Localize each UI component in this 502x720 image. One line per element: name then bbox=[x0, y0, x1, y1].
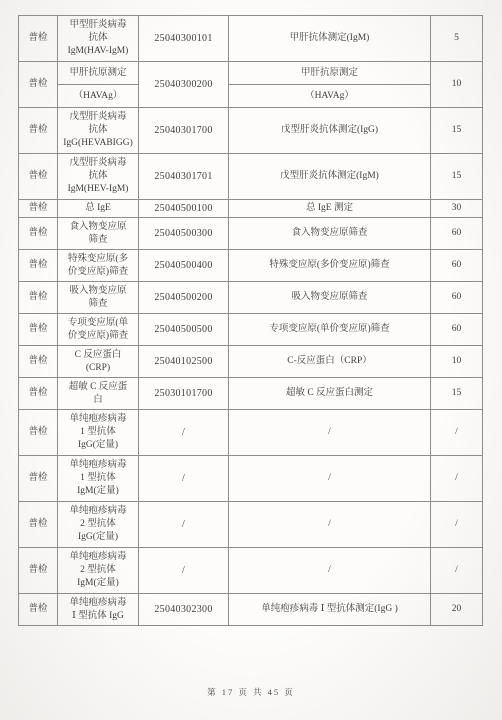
cell-test-name: （HAVAg） bbox=[58, 85, 139, 108]
document-page: 普检 甲型肝炎病毒 抗体 IgM(HAV-IgM) 25040300101 甲肝… bbox=[0, 0, 502, 720]
table-row: 普检 戊型肝炎病毒 抗体 IgG(HEVABIGG) 25040301700 戊… bbox=[19, 108, 483, 154]
cell-description: 单纯疱疹病毒 Ⅰ 型抗体测定(IgG ) bbox=[229, 594, 431, 626]
table-row: 普检 单纯疱疹病毒 2 型抗体 IgG(定量) / / / bbox=[19, 502, 483, 548]
cell-code: 25040301700 bbox=[139, 108, 229, 154]
cell-code: 25030101700 bbox=[139, 378, 229, 410]
cell-test-name: 单纯疱疹病毒 1 型抗体 IgM(定量) bbox=[58, 456, 139, 502]
cell-price: 10 bbox=[431, 62, 483, 108]
cell-description: C-反应蛋白（CRP） bbox=[229, 346, 431, 378]
cell-category: 普检 bbox=[19, 250, 58, 282]
cell-code: 25040500100 bbox=[139, 200, 229, 218]
cell-price: 15 bbox=[431, 378, 483, 410]
cell-code: / bbox=[139, 548, 229, 594]
table-row: 普检 食入物变应原 筛查 25040500300 食入物变应原筛查 60 bbox=[19, 218, 483, 250]
cell-code: 25040500200 bbox=[139, 282, 229, 314]
table-row: 普检 甲型肝炎病毒 抗体 IgM(HAV-IgM) 25040300101 甲肝… bbox=[19, 16, 483, 62]
cell-description: （HAVAg） bbox=[229, 85, 431, 108]
cell-price: 30 bbox=[431, 200, 483, 218]
cell-test-name: 单纯疱疹病毒 2 型抗体 IgG(定量) bbox=[58, 502, 139, 548]
cell-code: 25040302300 bbox=[139, 594, 229, 626]
table-row: 普检 单纯疱疹病毒 2 型抗体 IgM(定量) / / / bbox=[19, 548, 483, 594]
cell-code: 25040500400 bbox=[139, 250, 229, 282]
cell-price: 15 bbox=[431, 108, 483, 154]
cell-description: 食入物变应原筛查 bbox=[229, 218, 431, 250]
cell-test-name: 甲肝抗原测定 bbox=[58, 62, 139, 85]
page-number: 第 17 页 共 45 页 bbox=[0, 686, 502, 698]
cell-category: 普检 bbox=[19, 410, 58, 456]
cell-description: 戊型肝炎抗体测定(IgG) bbox=[229, 108, 431, 154]
cell-test-name: 戊型肝炎病毒 抗体 IgG(HEVABIGG) bbox=[58, 108, 139, 154]
cell-description: 超敏 C 反应蛋白测定 bbox=[229, 378, 431, 410]
cell-category: 普检 bbox=[19, 218, 58, 250]
table-row: 普检 单纯疱疹病毒 1 型抗体 IgM(定量) / / / bbox=[19, 456, 483, 502]
table-row: 普检 超敏 C 反应蛋 白 25030101700 超敏 C 反应蛋白测定 15 bbox=[19, 378, 483, 410]
cell-price: 60 bbox=[431, 218, 483, 250]
table-row: （HAVAg） （HAVAg） bbox=[19, 85, 483, 108]
cell-test-name: 总 IgE bbox=[58, 200, 139, 218]
cell-code: 25040500300 bbox=[139, 218, 229, 250]
table-row: 普检 单纯疱疹病毒 Ⅰ 型抗体 IgG 25040302300 单纯疱疹病毒 Ⅰ… bbox=[19, 594, 483, 626]
cell-price: / bbox=[431, 456, 483, 502]
table-row: 普检 总 IgE 25040500100 总 IgE 测定 30 bbox=[19, 200, 483, 218]
cell-test-name: 食入物变应原 筛查 bbox=[58, 218, 139, 250]
cell-test-name: 甲型肝炎病毒 抗体 IgM(HAV-IgM) bbox=[58, 16, 139, 62]
cell-category: 普检 bbox=[19, 594, 58, 626]
table-row: 普检 专项变应原(单 价变应原)筛查 25040500500 专项变应原(单价变… bbox=[19, 314, 483, 346]
cell-category: 普检 bbox=[19, 62, 58, 108]
table-row: 普检 特殊变应原(多 价变应原)筛查 25040500400 特殊变应原(多价变… bbox=[19, 250, 483, 282]
cell-code: 25040301701 bbox=[139, 154, 229, 200]
cell-code: 25040500500 bbox=[139, 314, 229, 346]
cell-code: 25040102500 bbox=[139, 346, 229, 378]
cell-description: 吸入物变应原筛查 bbox=[229, 282, 431, 314]
cell-description: 甲肝抗原测定 bbox=[229, 62, 431, 85]
cell-description: 甲肝抗体测定(IgM) bbox=[229, 16, 431, 62]
cell-category: 普检 bbox=[19, 200, 58, 218]
cell-category: 普检 bbox=[19, 154, 58, 200]
cell-price: 5 bbox=[431, 16, 483, 62]
cell-code: / bbox=[139, 456, 229, 502]
cell-category: 普检 bbox=[19, 108, 58, 154]
cell-description: 专项变应原(单价变应原)筛查 bbox=[229, 314, 431, 346]
cell-code: / bbox=[139, 410, 229, 456]
cell-category: 普检 bbox=[19, 548, 58, 594]
cell-description: / bbox=[229, 502, 431, 548]
cell-category: 普检 bbox=[19, 282, 58, 314]
medical-test-price-table: 普检 甲型肝炎病毒 抗体 IgM(HAV-IgM) 25040300101 甲肝… bbox=[18, 15, 483, 626]
cell-description: / bbox=[229, 410, 431, 456]
cell-test-name: 吸入物变应原 筛查 bbox=[58, 282, 139, 314]
cell-description: 特殊变应原(多价变应原)筛查 bbox=[229, 250, 431, 282]
cell-price: / bbox=[431, 502, 483, 548]
cell-code: 25040300101 bbox=[139, 16, 229, 62]
cell-price: 60 bbox=[431, 314, 483, 346]
cell-test-name: 戊型肝炎病毒 抗体 IgM(HEV-IgM) bbox=[58, 154, 139, 200]
cell-category: 普检 bbox=[19, 456, 58, 502]
cell-test-name: 单纯疱疹病毒 2 型抗体 IgM(定量) bbox=[58, 548, 139, 594]
cell-test-name: 单纯疱疹病毒 1 型抗体 IgG(定量) bbox=[58, 410, 139, 456]
cell-code: 25040300200 bbox=[139, 62, 229, 108]
cell-description: 戊型肝炎抗体测定(IgM) bbox=[229, 154, 431, 200]
cell-test-name: 单纯疱疹病毒 Ⅰ 型抗体 IgG bbox=[58, 594, 139, 626]
cell-description: / bbox=[229, 456, 431, 502]
cell-price: 15 bbox=[431, 154, 483, 200]
cell-price: / bbox=[431, 548, 483, 594]
cell-price: / bbox=[431, 410, 483, 456]
cell-test-name: 超敏 C 反应蛋 白 bbox=[58, 378, 139, 410]
table-row: 普检 单纯疱疹病毒 1 型抗体 IgG(定量) / / / bbox=[19, 410, 483, 456]
cell-code: / bbox=[139, 502, 229, 548]
cell-price: 60 bbox=[431, 250, 483, 282]
cell-test-name: 专项变应原(单 价变应原)筛查 bbox=[58, 314, 139, 346]
cell-description: / bbox=[229, 548, 431, 594]
table-row: 普检 戊型肝炎病毒 抗体 IgM(HEV-IgM) 25040301701 戊型… bbox=[19, 154, 483, 200]
cell-price: 10 bbox=[431, 346, 483, 378]
table-row: 普检 C 反应蛋白 (CRP) 25040102500 C-反应蛋白（CRP） … bbox=[19, 346, 483, 378]
cell-price: 60 bbox=[431, 282, 483, 314]
cell-test-name: C 反应蛋白 (CRP) bbox=[58, 346, 139, 378]
cell-category: 普检 bbox=[19, 378, 58, 410]
table-row: 普检 吸入物变应原 筛查 25040500200 吸入物变应原筛查 60 bbox=[19, 282, 483, 314]
cell-category: 普检 bbox=[19, 314, 58, 346]
cell-category: 普检 bbox=[19, 346, 58, 378]
cell-description: 总 IgE 测定 bbox=[229, 200, 431, 218]
table-row: 普检 甲肝抗原测定 25040300200 甲肝抗原测定 10 bbox=[19, 62, 483, 85]
cell-category: 普检 bbox=[19, 16, 58, 62]
cell-category: 普检 bbox=[19, 502, 58, 548]
cell-price: 20 bbox=[431, 594, 483, 626]
cell-test-name: 特殊变应原(多 价变应原)筛查 bbox=[58, 250, 139, 282]
